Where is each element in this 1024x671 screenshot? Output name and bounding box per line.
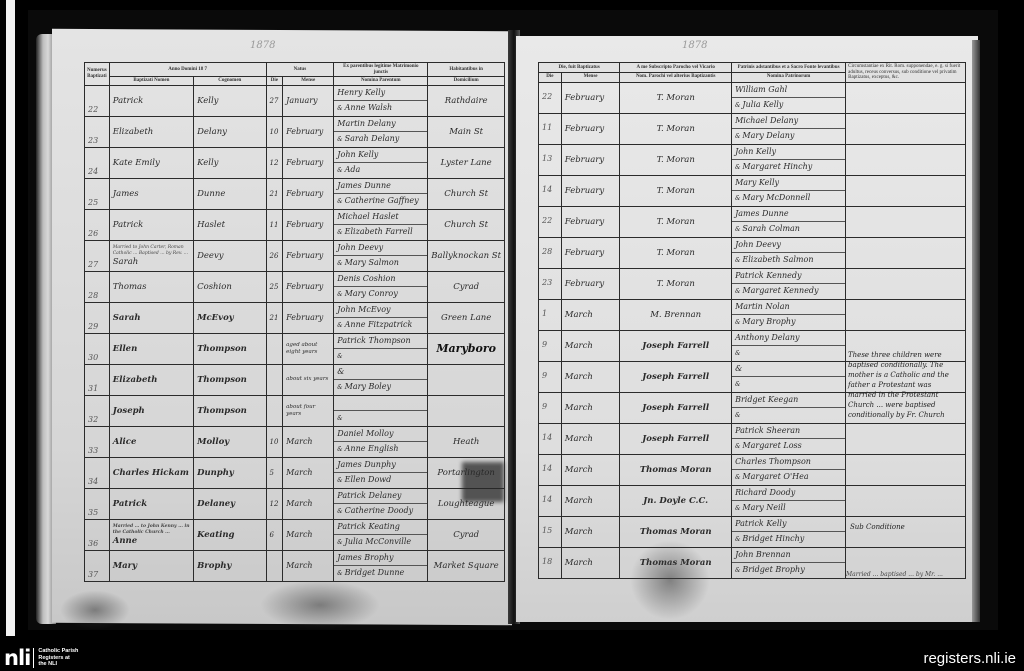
birth-month: February [283, 302, 334, 333]
baptized-surname: Keating [194, 519, 266, 550]
mother-name: &Mary Conroy [334, 287, 427, 301]
abode: Market Square [428, 550, 505, 581]
register-entry-row: 14MarchJoseph FarrellPatrick Sheeran&Mar… [539, 423, 966, 454]
entry-number: 31 [85, 364, 110, 395]
father-name: Patrick Keating [334, 520, 427, 535]
father-name: & [334, 365, 427, 380]
abode: Green Lane [428, 302, 505, 333]
mother-name: &Ada [334, 163, 427, 177]
scan-stain [260, 580, 380, 630]
parents-cell: John Deevy&Mary Salmon [334, 240, 428, 271]
father-name: John Deevy [334, 241, 427, 256]
father-name: Michael Haslet [334, 210, 427, 225]
godmother-name: &Margaret Loss [732, 439, 845, 453]
birth-month: February [283, 209, 334, 240]
register-entry-row: 11FebruaryT. MoranMichael Delany&Mary De… [539, 113, 966, 144]
officiating-priest: Joseph Farrell [620, 423, 732, 454]
abode: Main St [428, 116, 505, 147]
godfather-name: Richard Doody [732, 486, 845, 501]
birth-day: 21 [266, 178, 283, 209]
baptized-name: Patrick [109, 488, 193, 519]
birth-day [266, 550, 283, 581]
father-name: Patrick Delaney [334, 489, 427, 504]
baptism-month: March [561, 330, 620, 361]
parents-cell: Patrick Keating&Julia McConville [334, 519, 428, 550]
header-habitantibus: Habitantibus in [428, 63, 505, 77]
officiating-priest: T. Moran [620, 144, 732, 175]
baptism-day: 22 [539, 206, 562, 237]
parents-cell: John Kelly&Ada [334, 147, 428, 178]
baptized-surname: Brophy [194, 550, 266, 581]
mother-name: &Anne English [334, 442, 427, 456]
header-mense-right: Mense [561, 72, 620, 82]
register-entry-row: 22FebruaryT. MoranWilliam Gahl&Julia Kel… [539, 82, 966, 113]
header-a-me: A me Subscripto Parocho vel Vicario [620, 63, 732, 73]
remarks-cell [846, 268, 966, 299]
entry-number: 33 [85, 426, 110, 457]
abode: Ballyknockan St [428, 240, 505, 271]
remarks-cell [846, 175, 966, 206]
birth-day [266, 364, 283, 395]
remark-conditional-baptism: These three children were baptised condi… [848, 350, 960, 420]
header-circumstantiae: Circumstantiae ex Rit. Rom. supponendae,… [846, 63, 966, 83]
sponsors-cell: Charles Thompson&Margaret O'Hea [732, 454, 846, 485]
sponsors-cell: Bridget Keegan& [732, 392, 846, 423]
entry-number: 30 [85, 333, 110, 364]
father-name: Denis Coshion [334, 272, 427, 287]
godfather-name: Mary Kelly [732, 176, 845, 191]
abode: Heath [428, 426, 505, 457]
header-nomina-parentum: Nomina Parentum [334, 77, 428, 86]
birth-day: 10 [266, 426, 283, 457]
godfather-name: Martin Nolan [732, 300, 845, 315]
abode: Cyrad [428, 271, 505, 302]
baptized-surname: Delaney [194, 488, 266, 519]
registers-url[interactable]: registers.nli.ie [923, 650, 1016, 667]
remark-married: Married ... baptised ... by Mr. ... [846, 570, 958, 580]
register-entry-row: 23FebruaryT. MoranPatrick Kennedy&Margar… [539, 268, 966, 299]
godfather-name: John Brennan [732, 548, 845, 563]
baptism-day: 14 [539, 454, 562, 485]
birth-month: February [283, 271, 334, 302]
remarks-cell [846, 485, 966, 516]
godmother-name: &Bridget Brophy [732, 563, 845, 577]
birth-day: 27 [266, 85, 283, 116]
birth-month: March [283, 519, 334, 550]
birth-month: February [283, 178, 334, 209]
godmother-name: &Sarah Colman [732, 222, 845, 236]
godmother-name: &Mary McDonnell [732, 191, 845, 205]
film-edge-strip [6, 0, 15, 636]
register-entry-row: 22FebruaryT. MoranJames Dunne&Sarah Colm… [539, 206, 966, 237]
baptized-name: Sarah [109, 302, 193, 333]
register-entry-row: 13FebruaryT. MoranJohn Kelly&Margaret Hi… [539, 144, 966, 175]
header-matrimonio: Ex parentibus legitime Matrimonio juncti… [334, 63, 428, 77]
header-cognomen: Cognomen [194, 77, 266, 86]
godfather-name: James Dunne [732, 207, 845, 222]
godmother-name: &Margaret O'Hea [732, 470, 845, 484]
baptized-surname: Thompson [194, 364, 266, 395]
officiating-priest: T. Moran [620, 175, 732, 206]
baptism-month: February [561, 175, 620, 206]
father-name: Henry Kelly [334, 86, 427, 101]
abode: Church St [428, 178, 505, 209]
godfather-name: Patrick Kennedy [732, 269, 845, 284]
baptism-day: 22 [539, 82, 562, 113]
birth-day: 26 [266, 240, 283, 271]
baptism-day: 13 [539, 144, 562, 175]
godmother-name: &Elizabeth Salmon [732, 253, 845, 267]
mother-name: &Sarah Delany [334, 132, 427, 146]
header-anno-domini: Anno Domini 18 7 [109, 63, 266, 77]
officiating-priest: Thomas Moran [620, 454, 732, 485]
godfather-name: Patrick Kelly [732, 517, 845, 532]
mother-name: &Ellen Dowd [334, 473, 427, 487]
header-nomina-patrinorum: Nomina Patrinorum [732, 72, 846, 82]
baptism-day: 11 [539, 113, 562, 144]
godmother-name: &Bridget Hinchy [732, 532, 845, 546]
nli-logo: nli Catholic Parish Registers at the NLI [4, 648, 78, 668]
baptized-name: Patrick [109, 85, 193, 116]
register-entry-row: 14MarchThomas MoranCharles Thompson&Marg… [539, 454, 966, 485]
baptized-surname: Thompson [194, 333, 266, 364]
birth-month: about six years [283, 364, 334, 395]
mother-name: & [334, 411, 427, 425]
birth-day: 25 [266, 271, 283, 302]
sponsors-cell: James Dunne&Sarah Colman [732, 206, 846, 237]
sponsors-cell: Michael Delany&Mary Delany [732, 113, 846, 144]
year-annotation-right: 1878 [682, 40, 707, 51]
remarks-cell [846, 237, 966, 268]
baptized-surname: Kelly [194, 147, 266, 178]
birth-month: March [283, 488, 334, 519]
baptized-name: Kate Emily [109, 147, 193, 178]
baptism-month: February [561, 144, 620, 175]
birth-day: 11 [266, 209, 283, 240]
entry-number: 28 [85, 271, 110, 302]
register-entry-row: 31ElizabethThompsonabout six years&&Mary… [85, 364, 505, 395]
mother-name: &Anne Fitzpatrick [334, 318, 427, 332]
baptism-day: 14 [539, 175, 562, 206]
sponsors-cell: Anthony Delany& [732, 330, 846, 361]
entry-number: 23 [85, 116, 110, 147]
register-entry-row: 26PatrickHaslet11FebruaryMichael Haslet&… [85, 209, 505, 240]
father-name: James Dunne [334, 179, 427, 194]
godmother-name: &Julia Kelly [732, 98, 845, 112]
sponsors-cell: Richard Doody&Mary Neill [732, 485, 846, 516]
godfather-name: Anthony Delany [732, 331, 845, 346]
baptized-surname: Haslet [194, 209, 266, 240]
godfather-name: John Deevy [732, 238, 845, 253]
birth-month: February [283, 147, 334, 178]
logo-divider [33, 648, 34, 668]
godmother-name: &Margaret Hinchy [732, 160, 845, 174]
header-baptizati-nomen: Baptizati Nomen [109, 77, 193, 86]
godmother-name: & [732, 377, 845, 391]
abode: Cyrad [428, 519, 505, 550]
remarks-cell [846, 423, 966, 454]
entry-note: Married ... to John Kenny ... in the Cat… [113, 524, 190, 536]
father-name: Daniel Molloy [334, 427, 427, 442]
baptism-month: February [561, 206, 620, 237]
mother-name: &Catherine Gaffney [334, 194, 427, 208]
baptized-surname: Dunphy [194, 457, 266, 488]
baptized-name: Joseph [109, 395, 193, 426]
mother-name: & [334, 349, 427, 363]
abode: Church St [428, 209, 505, 240]
baptism-day: 23 [539, 268, 562, 299]
father-name: Martin Delany [334, 117, 427, 132]
father-name: James Brophy [334, 551, 427, 566]
sponsors-cell: Patrick Kennedy&Margaret Kennedy [732, 268, 846, 299]
parents-cell: &&Mary Boley [334, 364, 428, 395]
father-name: John Kelly [334, 148, 427, 163]
parents-cell: Henry Kelly&Anne Walsh [334, 85, 428, 116]
mother-name: &Anne Walsh [334, 101, 427, 115]
birth-month: February [283, 240, 334, 271]
entry-note: Married to John Carter, Roman Catholic .… [113, 245, 190, 257]
header-number: Numerus Baptizati [85, 63, 110, 86]
baptized-name: Alice [109, 426, 193, 457]
scan-stain [60, 590, 130, 630]
baptized-name: Charles Hickam [109, 457, 193, 488]
baptized-name: James [109, 178, 193, 209]
baptism-day: 15 [539, 516, 562, 547]
parents-cell: Patrick Delaney&Catherine Doody [334, 488, 428, 519]
parents-cell: Michael Haslet&Elizabeth Farrell [334, 209, 428, 240]
mother-name: &Mary Salmon [334, 256, 427, 270]
baptized-name: Ellen [109, 333, 193, 364]
abode: Maryboro [428, 333, 505, 364]
father-name: James Dunphy [334, 458, 427, 473]
baptism-day: 14 [539, 485, 562, 516]
birth-month: January [283, 85, 334, 116]
year-annotation-left: 1878 [250, 40, 275, 51]
logo-text: Catholic Parish Registers at the NLI [38, 648, 78, 668]
baptized-name: Married to John Carter, Roman Catholic .… [109, 240, 193, 271]
birth-month: March [283, 426, 334, 457]
baptism-day: 28 [539, 237, 562, 268]
abode [428, 395, 505, 426]
officiating-priest: Joseph Farrell [620, 392, 732, 423]
register-entry-row: 27Married to John Carter, Roman Catholic… [85, 240, 505, 271]
godfather-name: Michael Delany [732, 114, 845, 129]
officiating-priest: Joseph Farrell [620, 361, 732, 392]
sponsors-cell: John Brennan&Bridget Brophy [732, 547, 846, 578]
remark-sub-conditione: Sub Conditione [850, 522, 960, 532]
mother-name: &Catherine Doody [334, 504, 427, 518]
godfather-name: Patrick Sheeran [732, 424, 845, 439]
sponsors-cell: John Deevy&Elizabeth Salmon [732, 237, 846, 268]
baptized-name: Elizabeth [109, 116, 193, 147]
ink-blot [462, 462, 504, 502]
godmother-name: &Mary Delany [732, 129, 845, 143]
remarks-cell [846, 144, 966, 175]
parents-cell: Daniel Molloy&Anne English [334, 426, 428, 457]
remarks-cell [846, 113, 966, 144]
parents-cell: James Dunphy&Ellen Dowd [334, 457, 428, 488]
officiating-priest: Joseph Farrell [620, 330, 732, 361]
entry-number: 32 [85, 395, 110, 426]
baptized-surname: Dunne [194, 178, 266, 209]
birth-day [266, 395, 283, 426]
baptism-month: March [561, 516, 620, 547]
officiating-priest: T. Moran [620, 268, 732, 299]
register-entry-row: 14MarchJn. Doyle C.C.Richard Doody&Mary … [539, 485, 966, 516]
baptism-month: March [561, 454, 620, 485]
register-entry-row: 1MarchM. BrennanMartin Nolan&Mary Brophy [539, 299, 966, 330]
register-entry-row: 33AliceMolloy10MarchDaniel Molloy&Anne E… [85, 426, 505, 457]
godmother-name: &Mary Neill [732, 501, 845, 515]
godfather-name: Bridget Keegan [732, 393, 845, 408]
register-entry-row: 22PatrickKelly27JanuaryHenry Kelly&Anne … [85, 85, 505, 116]
baptism-month: March [561, 423, 620, 454]
register-entry-row: 30EllenThompsonaged about eight yearsPat… [85, 333, 505, 364]
entry-number: 22 [85, 85, 110, 116]
register-entry-row: 29SarahMcEvoy21FebruaryJohn McEvoy&Anne … [85, 302, 505, 333]
register-entry-row: 35PatrickDelaney12MarchPatrick Delaney&C… [85, 488, 505, 519]
godmother-name: &Margaret Kennedy [732, 284, 845, 298]
father-name: John McEvoy [334, 303, 427, 318]
officiating-priest: Jn. Doyle C.C. [620, 485, 732, 516]
remarks-cell [846, 82, 966, 113]
birth-day: 21 [266, 302, 283, 333]
baptism-table-right: Die, fuit Baptizatus A me Subscripto Par… [538, 62, 966, 579]
baptism-month: March [561, 361, 620, 392]
header-nomen-parochi: Nom. Parochi vel alterius Baptizantis [620, 72, 732, 82]
remarks-cell [846, 299, 966, 330]
header-die: Die [266, 77, 283, 86]
parents-cell: Martin Delany&Sarah Delany [334, 116, 428, 147]
sponsors-cell: John Kelly&Margaret Hinchy [732, 144, 846, 175]
entry-number: 36 [85, 519, 110, 550]
baptized-surname: Thompson [194, 395, 266, 426]
birth-month: aged about eight years [283, 333, 334, 364]
baptism-month: March [561, 547, 620, 578]
abode [428, 364, 505, 395]
birth-month: March [283, 457, 334, 488]
sponsors-cell: Patrick Sheeran&Margaret Loss [732, 423, 846, 454]
father-name: Patrick Thompson [334, 334, 427, 349]
baptism-day: 18 [539, 547, 562, 578]
baptism-month: March [561, 392, 620, 423]
baptism-day: 9 [539, 330, 562, 361]
header-mense: Mense [283, 77, 334, 86]
remarks-cell [846, 454, 966, 485]
baptized-surname: Deevy [194, 240, 266, 271]
baptism-month: February [561, 237, 620, 268]
officiating-priest: T. Moran [620, 113, 732, 144]
birth-month: February [283, 116, 334, 147]
entry-number: 27 [85, 240, 110, 271]
officiating-priest: T. Moran [620, 206, 732, 237]
baptized-surname: Coshion [194, 271, 266, 302]
baptized-name: Thomas [109, 271, 193, 302]
register-entry-row: 23ElizabethDelany10FebruaryMartin Delany… [85, 116, 505, 147]
officiating-priest: M. Brennan [620, 299, 732, 330]
baptized-surname: Kelly [194, 85, 266, 116]
mother-name: &Mary Boley [334, 380, 427, 394]
baptism-month: March [561, 299, 620, 330]
entry-number: 29 [85, 302, 110, 333]
register-entry-row: 36Married ... to John Kenny ... in the C… [85, 519, 505, 550]
parents-cell: Denis Coshion&Mary Conroy [334, 271, 428, 302]
sponsors-cell: Martin Nolan&Mary Brophy [732, 299, 846, 330]
page-edge-right [972, 40, 980, 622]
mother-name: &Julia McConville [334, 535, 427, 549]
baptized-surname: Delany [194, 116, 266, 147]
sponsors-cell: && [732, 361, 846, 392]
entry-number: 24 [85, 147, 110, 178]
register-entry-row: 28ThomasCoshion25FebruaryDenis Coshion&M… [85, 271, 505, 302]
godmother-name: & [732, 346, 845, 360]
header-domicilium: Domicilium [428, 77, 505, 86]
birth-day [266, 333, 283, 364]
baptism-month: March [561, 485, 620, 516]
birth-day: 10 [266, 116, 283, 147]
register-entry-row: 28FebruaryT. MoranJohn Deevy&Elizabeth S… [539, 237, 966, 268]
entry-number: 26 [85, 209, 110, 240]
baptism-month: February [561, 82, 620, 113]
parents-cell: & [334, 395, 428, 426]
baptism-day: 9 [539, 361, 562, 392]
baptism-table-left: Numerus Baptizati Anno Domini 18 7 Natus… [84, 62, 505, 582]
abode: Lyster Lane [428, 147, 505, 178]
baptized-name: Patrick [109, 209, 193, 240]
parents-cell: John McEvoy&Anne Fitzpatrick [334, 302, 428, 333]
remarks-cell [846, 206, 966, 237]
entry-number: 25 [85, 178, 110, 209]
sponsors-cell: William Gahl&Julia Kelly [732, 82, 846, 113]
officiating-priest: T. Moran [620, 237, 732, 268]
register-entry-row: 25JamesDunne21FebruaryJames Dunne&Cather… [85, 178, 505, 209]
parents-cell: James Dunne&Catherine Gaffney [334, 178, 428, 209]
baptism-day: 9 [539, 392, 562, 423]
register-entry-row: 24Kate EmilyKelly12FebruaryJohn Kelly&Ad… [85, 147, 505, 178]
entry-number: 35 [85, 488, 110, 519]
parents-cell: Patrick Thompson& [334, 333, 428, 364]
abode: Rathdaire [428, 85, 505, 116]
baptism-day: 14 [539, 423, 562, 454]
officiating-priest: T. Moran [620, 82, 732, 113]
godmother-name: &Mary Brophy [732, 315, 845, 329]
godmother-name: & [732, 408, 845, 422]
header-dies-baptismi: Die, fuit Baptizatus [539, 63, 620, 73]
mother-name: &Elizabeth Farrell [334, 225, 427, 239]
baptized-name: Elizabeth [109, 364, 193, 395]
sponsors-cell: Patrick Kelly&Bridget Hinchy [732, 516, 846, 547]
birth-day: 6 [266, 519, 283, 550]
baptized-name: Mary [109, 550, 193, 581]
baptism-month: February [561, 113, 620, 144]
birth-month: about four years [283, 395, 334, 426]
birth-month: March [283, 550, 334, 581]
birth-day: 12 [266, 488, 283, 519]
mother-name: &Bridget Dunne [334, 566, 427, 580]
father-name [334, 396, 427, 411]
baptized-name: Married ... to John Kenny ... in the Cat… [109, 519, 193, 550]
entry-number: 34 [85, 457, 110, 488]
register-entry-row: 37MaryBrophyMarchJames Brophy&Bridget Du… [85, 550, 505, 581]
register-entry-row: 32JosephThompsonabout four years& [85, 395, 505, 426]
baptized-surname: Molloy [194, 426, 266, 457]
godfather-name: Charles Thompson [732, 455, 845, 470]
header-die-right: Die [539, 72, 562, 82]
sponsors-cell: Mary Kelly&Mary McDonnell [732, 175, 846, 206]
birth-day: 12 [266, 147, 283, 178]
header-natus: Natus [266, 63, 334, 77]
register-entry-row: 14FebruaryT. MoranMary Kelly&Mary McDonn… [539, 175, 966, 206]
